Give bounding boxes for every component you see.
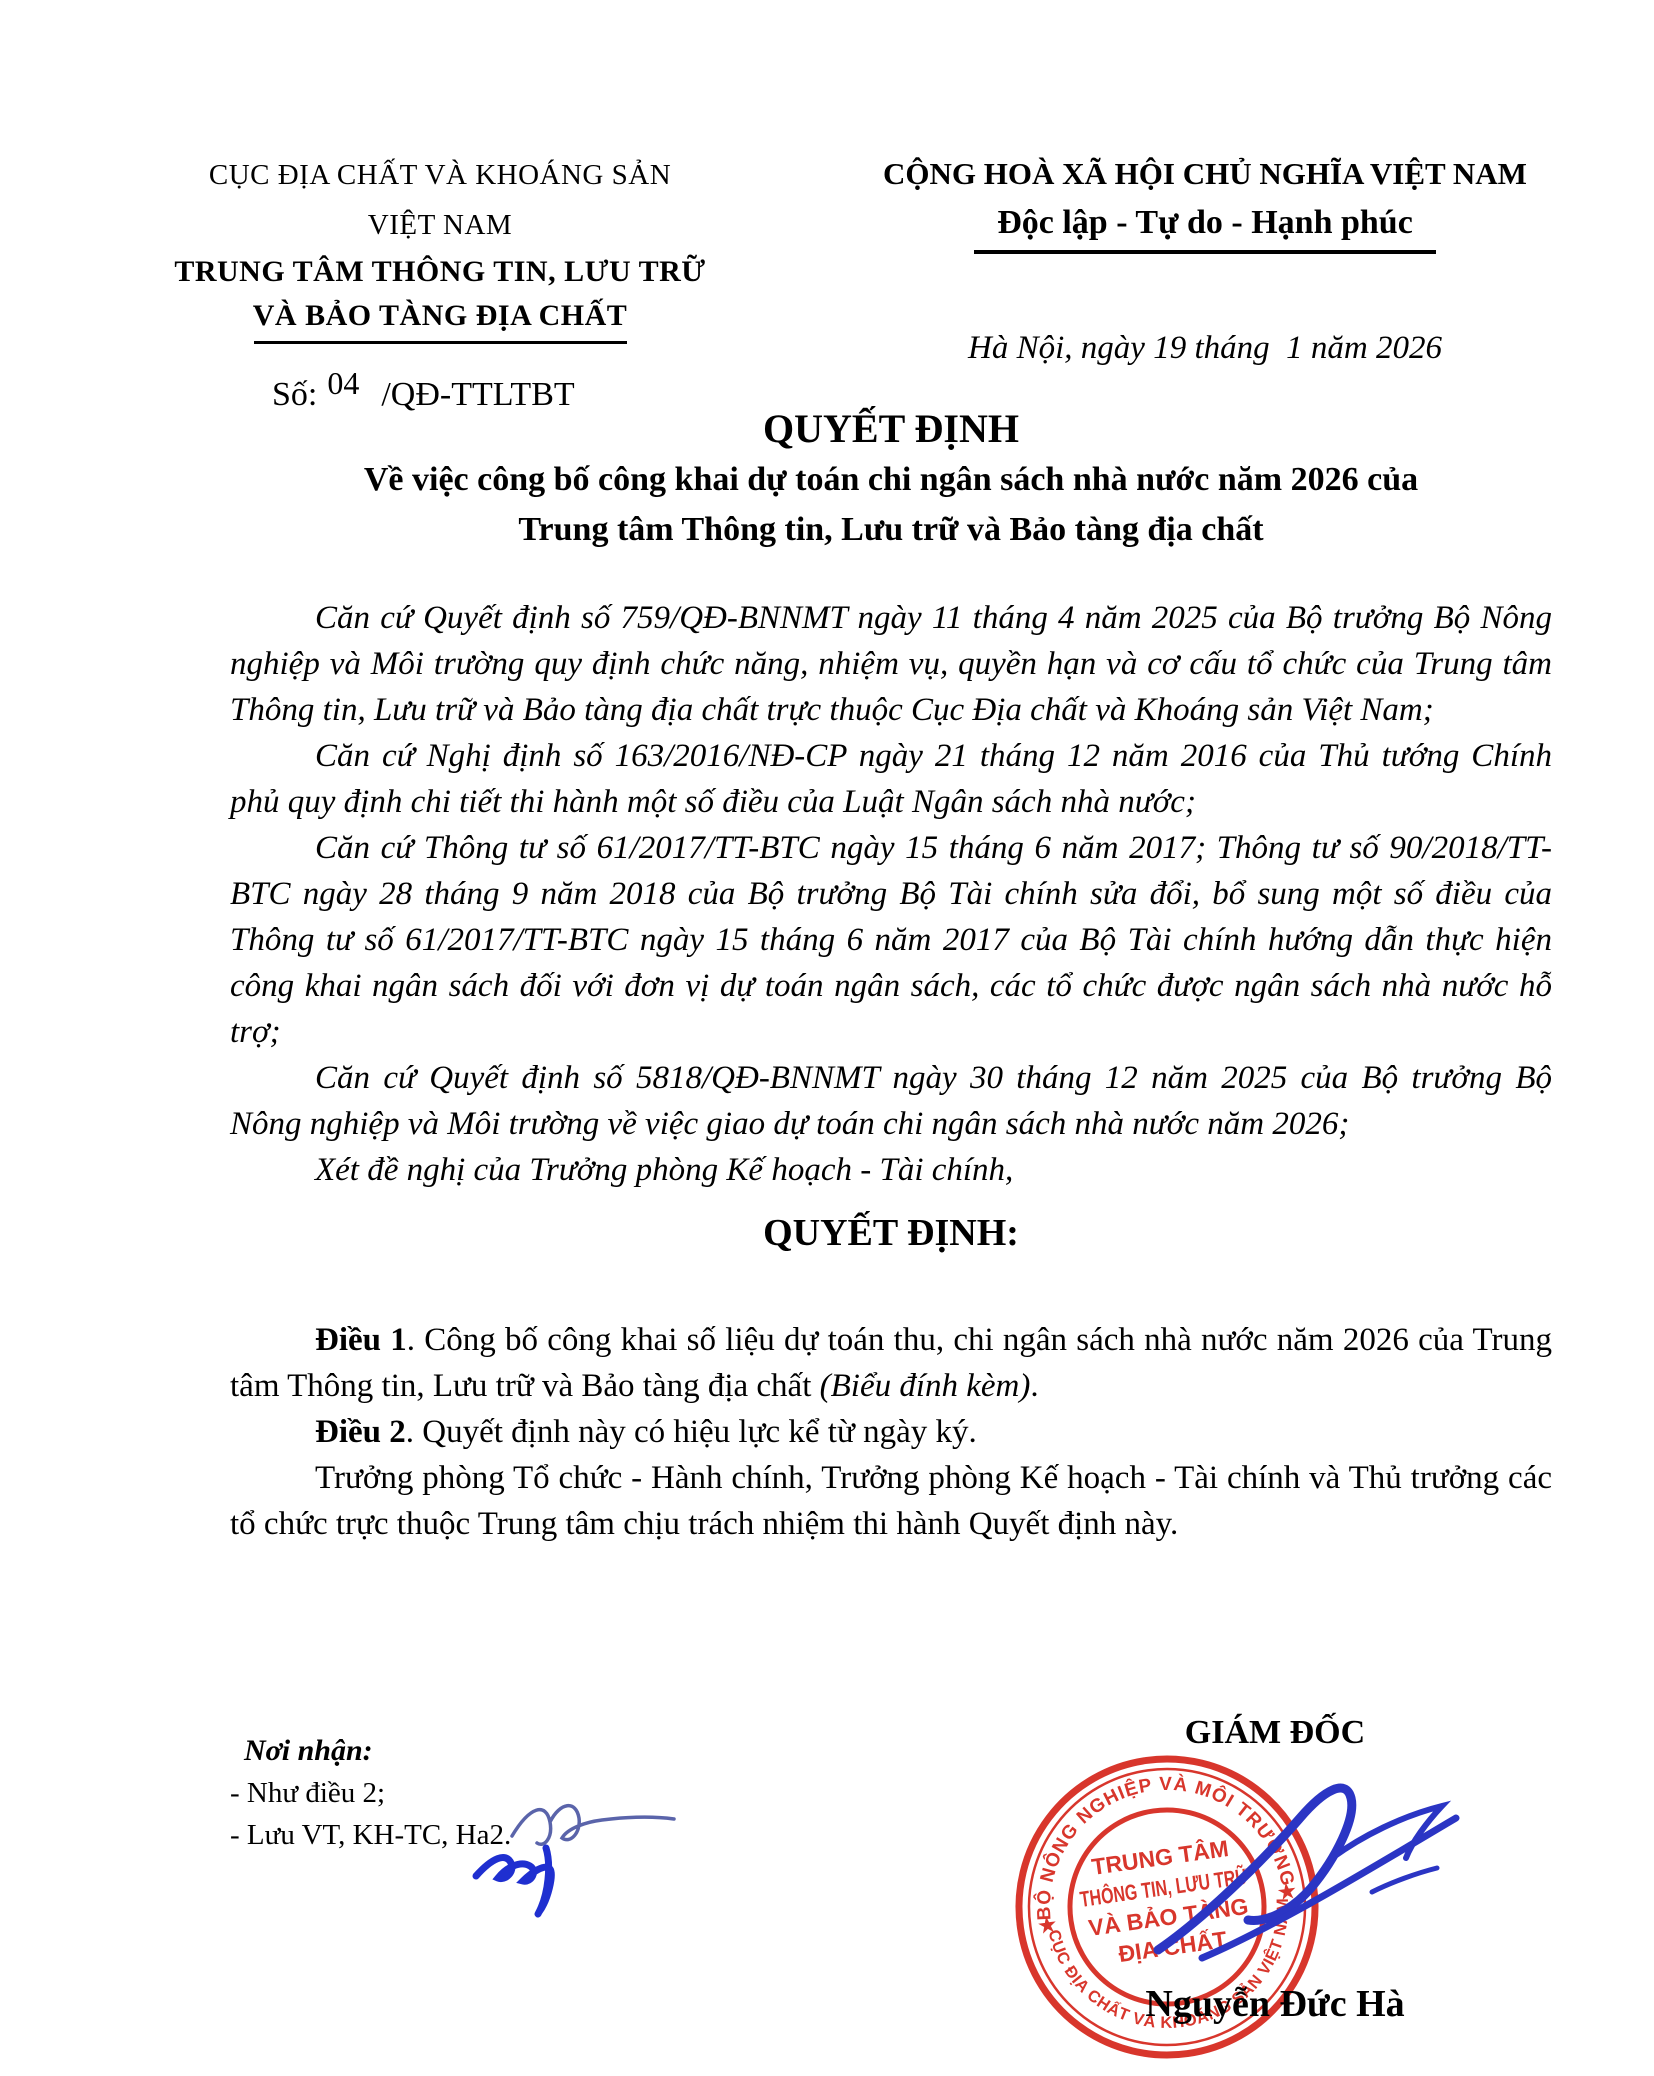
org-name-line2: VÀ BẢO TÀNG ĐỊA CHẤT xyxy=(110,294,770,338)
preamble-paragraph-3: Căn cứ Thông tư số 61/2017/TT-BTC ngày 1… xyxy=(230,825,1552,1055)
paraph-ink-icon xyxy=(450,1788,690,1948)
motto-underline xyxy=(974,250,1436,254)
document-subtitle-line2: Trung tâm Thông tin, Lưu trữ và Bảo tàng… xyxy=(230,505,1552,555)
parent-agency-line1: CỤC ĐỊA CHẤT VÀ KHOÁNG SẢN xyxy=(110,150,770,200)
article-1-tail: . xyxy=(1030,1368,1038,1404)
article-1: Điều 1. Công bố công khai số liệu dự toá… xyxy=(230,1317,1552,1409)
org-underline xyxy=(254,341,627,344)
closing-paragraph: Trưởng phòng Tổ chức - Hành chính, Trưởn… xyxy=(230,1455,1552,1547)
preamble-paragraph-4: Căn cứ Quyết định số 5818/QĐ-BNNMT ngày … xyxy=(230,1055,1552,1147)
stamp-star-left-icon: ★ xyxy=(1037,1914,1058,1938)
document-subtitle-line1: Về việc công bố công khai dự toán chi ng… xyxy=(230,455,1552,505)
national-motto: Độc lập - Tự do - Hạnh phúc xyxy=(840,198,1570,248)
article-2-label: Điều 2 xyxy=(315,1414,406,1450)
article-1-note: (Biểu đính kèm) xyxy=(820,1368,1031,1404)
preamble-paragraph-5: Xét đề nghị của Trưởng phòng Kế hoạch - … xyxy=(230,1147,1552,1193)
parent-agency-line2: VIỆT NAM xyxy=(110,200,770,250)
decision-heading: QUYẾT ĐỊNH: xyxy=(230,1209,1552,1257)
document-page: CỤC ĐỊA CHẤT VÀ KHOÁNG SẢN VIỆT NAM TRUN… xyxy=(0,0,1654,2076)
national-header-block: CỘNG HOÀ XÃ HỘI CHỦ NGHĨA VIỆT NAM Độc l… xyxy=(840,150,1570,254)
issuing-org-block: CỤC ĐỊA CHẤT VÀ KHOÁNG SẢN VIỆT NAM TRUN… xyxy=(110,150,770,344)
article-1-label: Điều 1 xyxy=(315,1322,407,1358)
document-title: QUYẾT ĐỊNH xyxy=(230,403,1552,455)
article-2: Điều 2. Quyết định này có hiệu lực kể từ… xyxy=(230,1409,1552,1455)
national-name: CỘNG HOÀ XÃ HỘI CHỦ NGHĨA VIỆT NAM xyxy=(840,150,1570,198)
place-date-line: Hà Nội, ngày 19 tháng 1 năm 2026 xyxy=(840,330,1570,367)
article-2-text: . Quyết định này có hiệu lực kể từ ngày … xyxy=(406,1414,977,1450)
preamble: Căn cứ Quyết định số 759/QĐ-BNNMT ngày 1… xyxy=(230,595,1552,1193)
preamble-paragraph-2: Căn cứ Nghị định số 163/2016/NĐ-CP ngày … xyxy=(230,733,1552,825)
org-name-line1: TRUNG TÂM THÔNG TIN, LƯU TRỮ xyxy=(110,250,770,294)
signature-ink-icon xyxy=(1140,1762,1470,1987)
preamble-paragraph-1: Căn cứ Quyết định số 759/QĐ-BNNMT ngày 1… xyxy=(230,595,1552,733)
handwritten-signature xyxy=(1140,1762,1470,1987)
doc-number-value: 04 xyxy=(327,365,359,401)
recipients-label: Nơi nhận: xyxy=(230,1730,511,1772)
signer-position: GIÁM ĐỐC xyxy=(1040,1714,1510,1752)
paraph-initials xyxy=(450,1788,690,1948)
document-body: QUYẾT ĐỊNH Về việc công bố công khai dự … xyxy=(230,403,1552,1547)
